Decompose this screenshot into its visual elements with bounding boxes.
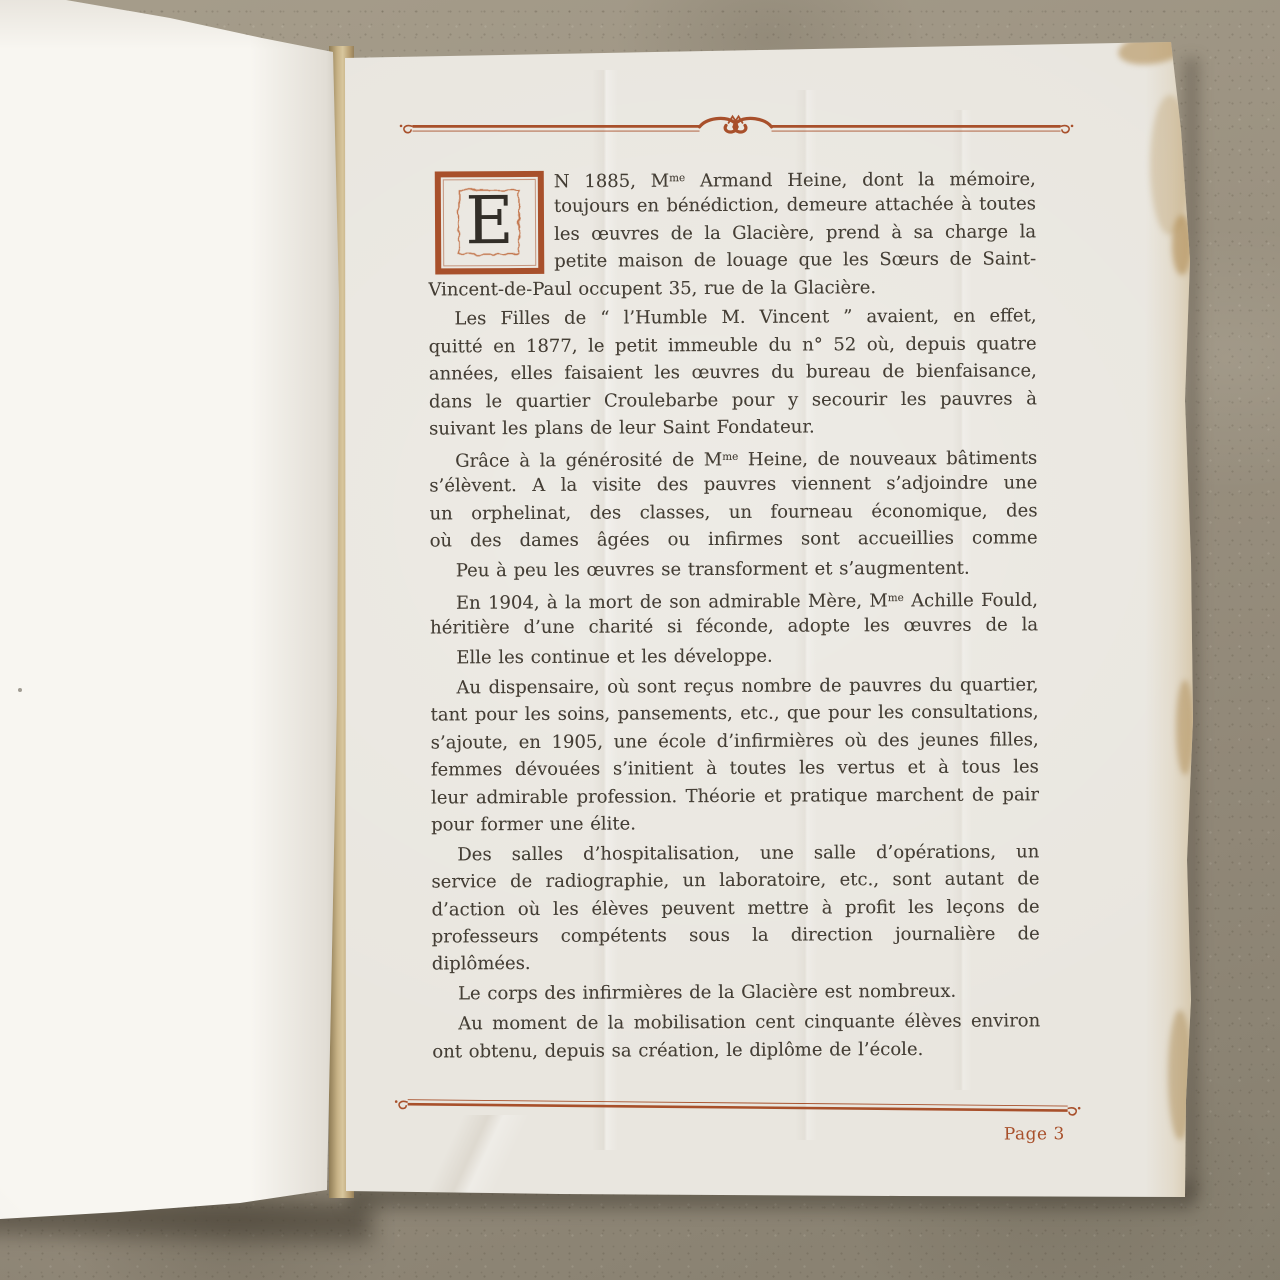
text-line: service de radiographie, un laboratoire,… xyxy=(431,866,1039,897)
text-line: toujours en bénédiction, demeure attaché… xyxy=(554,191,1036,221)
text-line: Vincent-de-Paul occupent 35, rue de la G… xyxy=(428,273,1036,304)
paragraph: Au moment de la mobilisation cent cinqua… xyxy=(432,1008,1040,1066)
text-line: ont obtenu, depuis sa création, le diplô… xyxy=(432,1035,1040,1066)
text-line: pour former une élite. xyxy=(431,808,1039,839)
text-line: tant pour les soins, pansements, etc., q… xyxy=(431,699,1039,730)
page-number: Page 3 xyxy=(955,1124,1065,1145)
text-line: leur admirable profession. Théorie et pr… xyxy=(431,781,1039,812)
text-line: Le corps des infirmières de la Glacière … xyxy=(432,978,1040,1009)
text-line: professeurs compétents sous la direction… xyxy=(432,920,1040,951)
paragraph: En 1904, à la mort de son admirable Mère… xyxy=(430,584,1038,642)
printed-content: E N 1885, Mme Armand Heine, dont la mémo… xyxy=(0,0,1280,1280)
text-line: suivant les plans de leur Saint Fondateu… xyxy=(429,412,1037,443)
paragraph: Au dispensaire, où sont reçus nombre de … xyxy=(430,671,1039,839)
text-line: héritière d’une charité si féconde, adop… xyxy=(430,612,1038,643)
paragraph: Peu à peu les œuvres se transforment et … xyxy=(430,554,1038,585)
paragraph: Grâce à la générosité de Mme Heine, de n… xyxy=(429,442,1038,555)
double-rule xyxy=(392,1091,1084,1124)
paragraph: Le corps des infirmières de la Glacière … xyxy=(432,978,1040,1009)
text-line: femmes dévouées s’initient à toutes les … xyxy=(431,754,1039,785)
text-line: Au moment de la mobilisation cent cinqua… xyxy=(432,1008,1040,1039)
text-line: Les Filles de “ l’Humble M. Vincent ” av… xyxy=(428,303,1036,334)
text-line: N 1885, Mme Armand Heine, dont la mémoir… xyxy=(554,163,1036,193)
double-rule-with-ornament xyxy=(397,111,1077,145)
rule-finial-right xyxy=(1068,1107,1081,1115)
text-line: Elle les continue et les développe. xyxy=(430,641,1038,672)
text-line: où des dames âgées ou infirmes sont accu… xyxy=(430,524,1038,555)
text-line: Grâce à la générosité de Mme Heine, de n… xyxy=(429,442,1037,473)
rule-finial-right xyxy=(1061,125,1074,133)
text-line: dans le quartier Croulebarbe pour y seco… xyxy=(429,385,1037,416)
rule-finial-left xyxy=(395,1100,408,1108)
text-line: s’élèvent. A la visite des pauvres vienn… xyxy=(429,470,1037,501)
text-line: un orphelinat, des classes, un fourneau … xyxy=(429,497,1037,528)
book-photograph: E N 1885, Mme Armand Heine, dont la mémo… xyxy=(0,0,1280,1280)
paragraph: Elle les continue et les développe. xyxy=(430,641,1038,672)
text-line: Peu à peu les œuvres se transforment et … xyxy=(430,554,1038,585)
text-line: En 1904, à la mort de son admirable Mère… xyxy=(430,584,1038,615)
center-scroll-ornament xyxy=(700,116,772,132)
text-line: d’action où les élèves peuvent mettre à … xyxy=(432,893,1040,924)
text-line: s’ajoute, en 1905, une école d’infirmièr… xyxy=(431,726,1039,757)
text-line: Au dispensaire, où sont reçus nombre de … xyxy=(430,671,1038,702)
top-decorative-rule xyxy=(397,111,1077,145)
rule-finial-left xyxy=(400,125,413,133)
paragraph: N 1885, Mme Armand Heine, dont la mémoir… xyxy=(428,163,1037,303)
paragraph: Les Filles de “ l’Humble M. Vincent ” av… xyxy=(428,303,1037,443)
text-line: Des salles d’hospitalisation, une salle … xyxy=(431,838,1039,869)
paragraph: Des salles d’hospitalisation, une salle … xyxy=(431,838,1040,978)
bottom-decorative-rule xyxy=(392,1091,1084,1124)
text-line: années, elles faisaient les œuvres du bu… xyxy=(429,358,1037,389)
text-line: quitté en 1877, le petit immeuble du n° … xyxy=(429,330,1037,361)
text-line: les œuvres de la Glacière, prend à sa ch… xyxy=(554,218,1036,248)
text-line: petite maison de louage que les Sœurs de… xyxy=(554,245,1036,275)
drop-cap-spacer xyxy=(428,166,555,275)
body-text: N 1885, Mme Armand Heine, dont la mémoir… xyxy=(428,163,1041,1065)
text-line: diplômées. xyxy=(432,948,1040,979)
